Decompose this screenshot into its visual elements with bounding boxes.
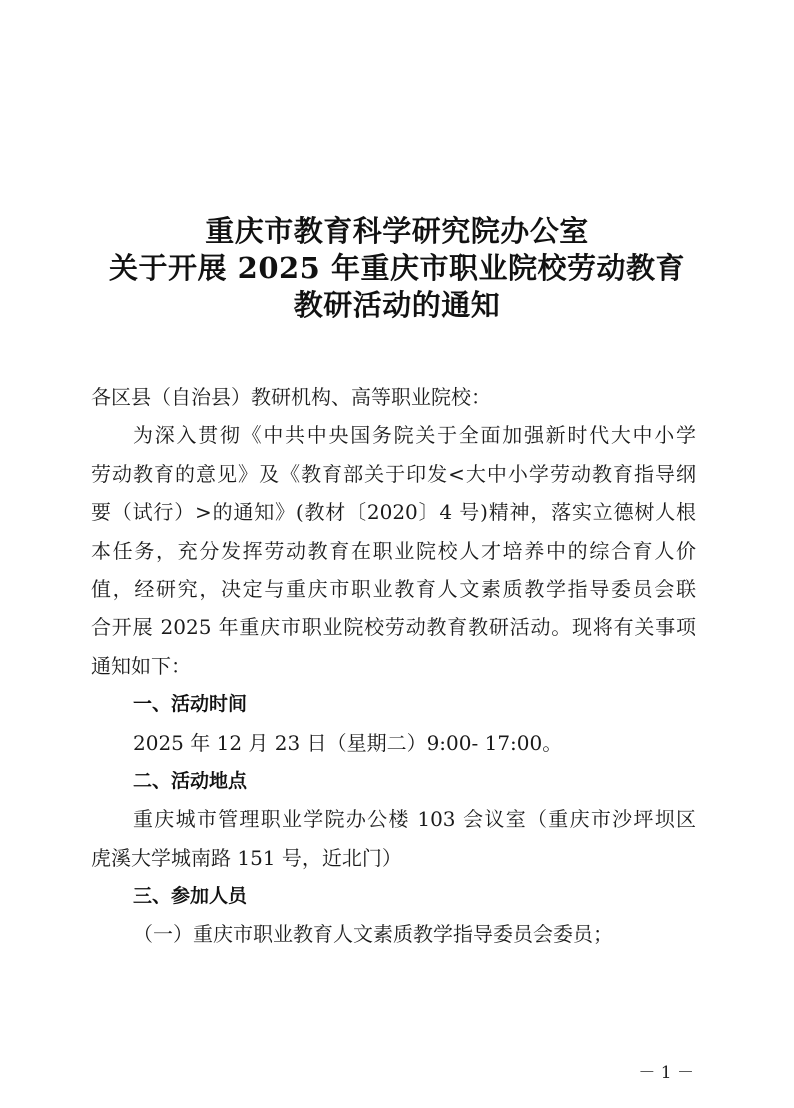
intro-paragraph: 为深入贯彻《中共中央国务院关于全面加强新时代大中小学 劳动教育的意见》及《教育部…: [91, 416, 696, 685]
paragraph-line: 要（试行）>的通知》(教材〔2020〕4 号)精神，落实立德树人根: [91, 493, 696, 531]
document-page: 重庆市教育科学研究院办公室 关于开展 2025 年重庆市职业院校劳动教育 教研活…: [0, 0, 794, 1108]
section-heading: 三、参加人员: [91, 877, 696, 915]
document-body: 各区县（自治县）教研机构、高等职业院校： 为深入贯彻《中共中央国务院关于全面加强…: [91, 378, 696, 954]
title-line-2: 关于开展 2025 年重庆市职业院校劳动教育: [0, 250, 794, 287]
salutation: 各区县（自治县）教研机构、高等职业院校：: [91, 378, 696, 416]
section-line: 虎溪大学城南路 151 号，近北门）: [91, 839, 696, 877]
paragraph-line: 通知如下：: [91, 647, 696, 685]
section-heading: 二、活动地点: [91, 762, 696, 800]
section-heading: 一、活动时间: [91, 685, 696, 723]
paragraph-line: 本任务，充分发挥劳动教育在职业院校人才培养中的综合育人价: [91, 532, 696, 570]
document-title: 重庆市教育科学研究院办公室 关于开展 2025 年重庆市职业院校劳动教育 教研活…: [0, 213, 794, 324]
paragraph-line: 劳动教育的意见》及《教育部关于印发<大中小学劳动教育指导纲: [91, 455, 696, 493]
section-line: 重庆城市管理职业学院办公楼 103 会议室（重庆市沙坪坝区: [91, 800, 696, 838]
paragraph-line: 为深入贯彻《中共中央国务院关于全面加强新时代大中小学: [91, 416, 696, 454]
paragraph-line: 值，经研究，决定与重庆市职业教育人文素质教学指导委员会联: [91, 570, 696, 608]
section-activity-time: 一、活动时间 2025 年 12 月 23 日（星期二）9:00- 17:00。: [91, 685, 696, 762]
section-line: （一）重庆市职业教育人文素质教学指导委员会委员；: [91, 915, 696, 953]
paragraph-line: 合开展 2025 年重庆市职业院校劳动教育教研活动。现将有关事项: [91, 608, 696, 646]
section-participants: 三、参加人员 （一）重庆市职业教育人文素质教学指导委员会委员；: [91, 877, 696, 954]
title-line-3: 教研活动的通知: [0, 287, 794, 324]
title-line-1: 重庆市教育科学研究院办公室: [0, 213, 794, 250]
section-line: 2025 年 12 月 23 日（星期二）9:00- 17:00。: [91, 724, 696, 762]
section-activity-location: 二、活动地点 重庆城市管理职业学院办公楼 103 会议室（重庆市沙坪坝区 虎溪大…: [91, 762, 696, 877]
page-number: － 1 －: [0, 1058, 794, 1083]
